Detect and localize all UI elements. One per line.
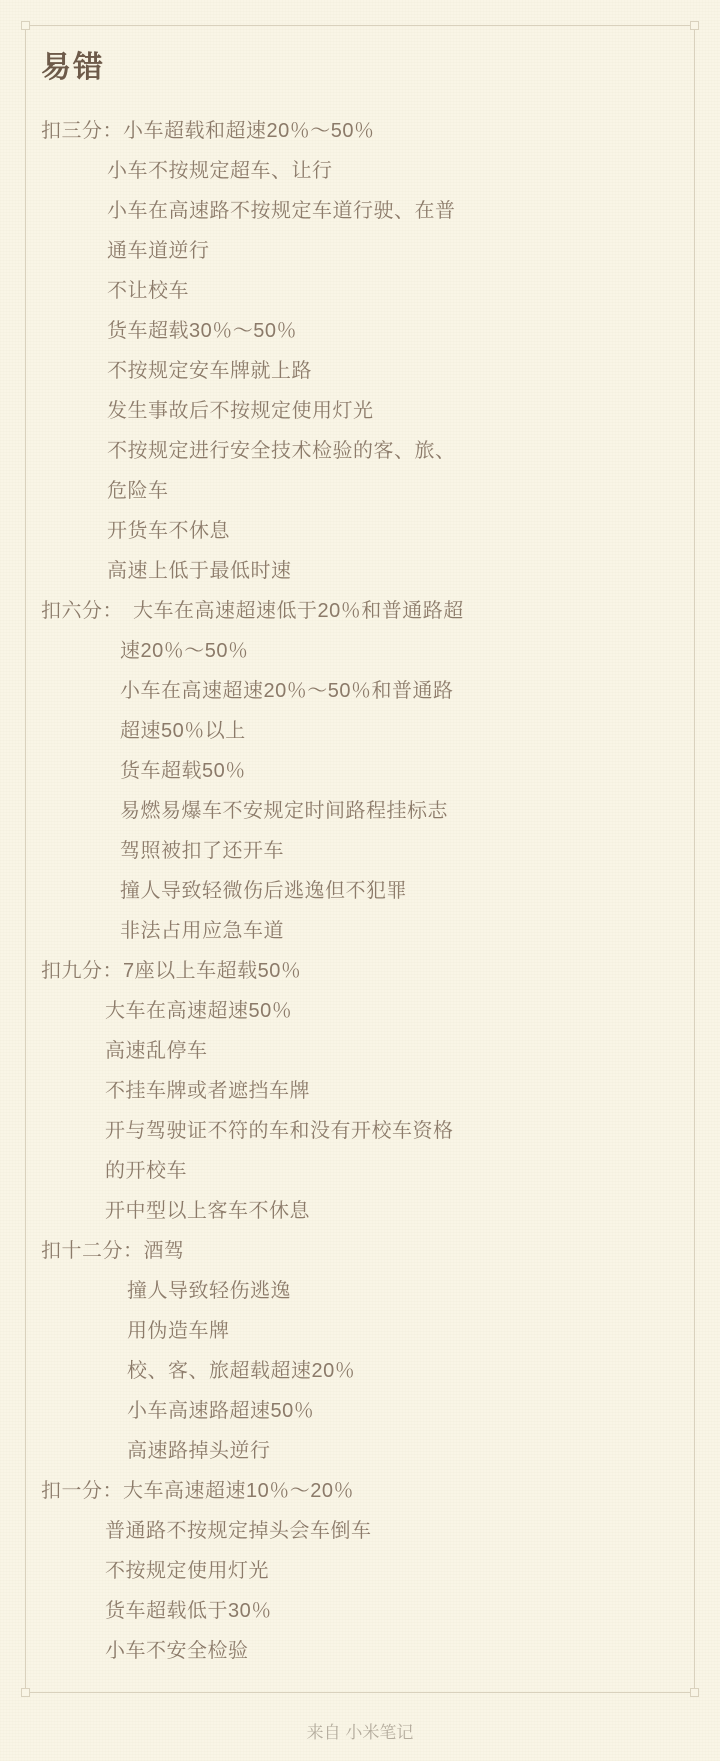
note-line: 撞人导致轻微伤后逃逸但不犯罪 — [41, 871, 679, 911]
note-line: 扣九分：7座以上车超载50％ — [41, 951, 679, 991]
section-label: 扣一分： — [41, 1480, 123, 1502]
note-line: 小车高速路超速50％ — [41, 1391, 679, 1431]
note-line: 大车在高速超速50％ — [41, 991, 679, 1031]
note-line: 货车超载低于30％ — [41, 1591, 679, 1631]
note-section: 扣九分：7座以上车超载50％大车在高速超速50％高速乱停车不挂车牌或者遮挡车牌开… — [41, 951, 679, 1231]
note-line: 小车不安全检验 — [41, 1631, 679, 1671]
note-card: 易错 扣三分：小车超载和超速20％～50％小车不按规定超车、让行小车在高速路不按… — [25, 25, 695, 1693]
note-line: 不按规定使用灯光 — [41, 1551, 679, 1591]
note-line: 高速路掉头逆行 — [41, 1431, 679, 1471]
share-page: { "note": { "title": "易错", "sections": [… — [0, 0, 720, 1761]
note-line: 不按规定安车牌就上路 — [41, 351, 679, 391]
note-line: 易燃易爆车不安规定时间路程挂标志 — [41, 791, 679, 831]
note-line: 撞人导致轻伤逃逸 — [41, 1271, 679, 1311]
note-line: 不挂车牌或者遮挡车牌 — [41, 1071, 679, 1111]
note-line: 小车在高速路不按规定车道行驶、在普 — [41, 191, 679, 231]
note-title: 易错 — [41, 48, 679, 88]
note-line: 扣一分：大车高速超速10％～20％ — [41, 1471, 679, 1511]
note-line: 开货车不休息 — [41, 511, 679, 551]
note-line: 开中型以上客车不休息 — [41, 1191, 679, 1231]
corner-ornament-top-left — [21, 21, 30, 30]
note-item-text: 大车高速超速10％～20％ — [123, 1480, 354, 1502]
note-body: 扣三分：小车超载和超速20％～50％小车不按规定超车、让行小车在高速路不按规定车… — [41, 111, 679, 1671]
note-line: 发生事故后不按规定使用灯光 — [41, 391, 679, 431]
note-line: 驾照被扣了还开车 — [41, 831, 679, 871]
note-item-text: 小车超载和超速20％～50％ — [123, 120, 375, 142]
note-section: 扣一分：大车高速超速10％～20％普通路不按规定掉头会车倒车不按规定使用灯光货车… — [41, 1471, 679, 1671]
note-line: 用伪造车牌 — [41, 1311, 679, 1351]
section-label: 扣三分： — [41, 120, 123, 142]
section-label: 扣十二分： — [41, 1240, 144, 1262]
note-line: 的开校车 — [41, 1151, 679, 1191]
note-line: 小车在高速超速20％～50％和普通路 — [41, 671, 679, 711]
note-line: 高速乱停车 — [41, 1031, 679, 1071]
note-item-text: 大车在高速超速低于20％和普通路超 — [133, 600, 464, 622]
note-line: 通车道逆行 — [41, 231, 679, 271]
attribution: 来自 小米笔记 — [0, 1723, 720, 1743]
note-line: 扣十二分：酒驾 — [41, 1231, 679, 1271]
note-line: 非法占用应急车道 — [41, 911, 679, 951]
note-line: 货车超载50％ — [41, 751, 679, 791]
note-line: 小车不按规定超车、让行 — [41, 151, 679, 191]
note-section: 扣三分：小车超载和超速20％～50％小车不按规定超车、让行小车在高速路不按规定车… — [41, 111, 679, 591]
note-section: 扣六分：大车在高速超速低于20％和普通路超速20％～50％小车在高速超速20％～… — [41, 591, 679, 951]
note-line: 校、客、旅超载超速20％ — [41, 1351, 679, 1391]
note-line: 危险车 — [41, 471, 679, 511]
note-item-text: 7座以上车超载50％ — [123, 960, 301, 982]
note-line: 速20％～50％ — [41, 631, 679, 671]
note-item-text: 酒驾 — [144, 1240, 185, 1262]
corner-ornament-top-right — [690, 21, 699, 30]
note-line: 不按规定进行安全技术检验的客、旅、 — [41, 431, 679, 471]
corner-ornament-bottom-left — [21, 1688, 30, 1697]
note-line: 开与驾驶证不符的车和没有开校车资格 — [41, 1111, 679, 1151]
note-line: 货车超载30％～50％ — [41, 311, 679, 351]
note-line: 超速50％以上 — [41, 711, 679, 751]
note-line: 高速上低于最低时速 — [41, 551, 679, 591]
corner-ornament-bottom-right — [690, 1688, 699, 1697]
note-line: 普通路不按规定掉头会车倒车 — [41, 1511, 679, 1551]
section-label: 扣九分： — [41, 960, 123, 982]
section-label: 扣六分： — [41, 600, 123, 622]
note-line: 扣三分：小车超载和超速20％～50％ — [41, 111, 679, 151]
note-section: 扣十二分：酒驾撞人导致轻伤逃逸用伪造车牌校、客、旅超载超速20％小车高速路超速5… — [41, 1231, 679, 1471]
note-line: 不让校车 — [41, 271, 679, 311]
note-line: 扣六分：大车在高速超速低于20％和普通路超 — [41, 591, 679, 631]
